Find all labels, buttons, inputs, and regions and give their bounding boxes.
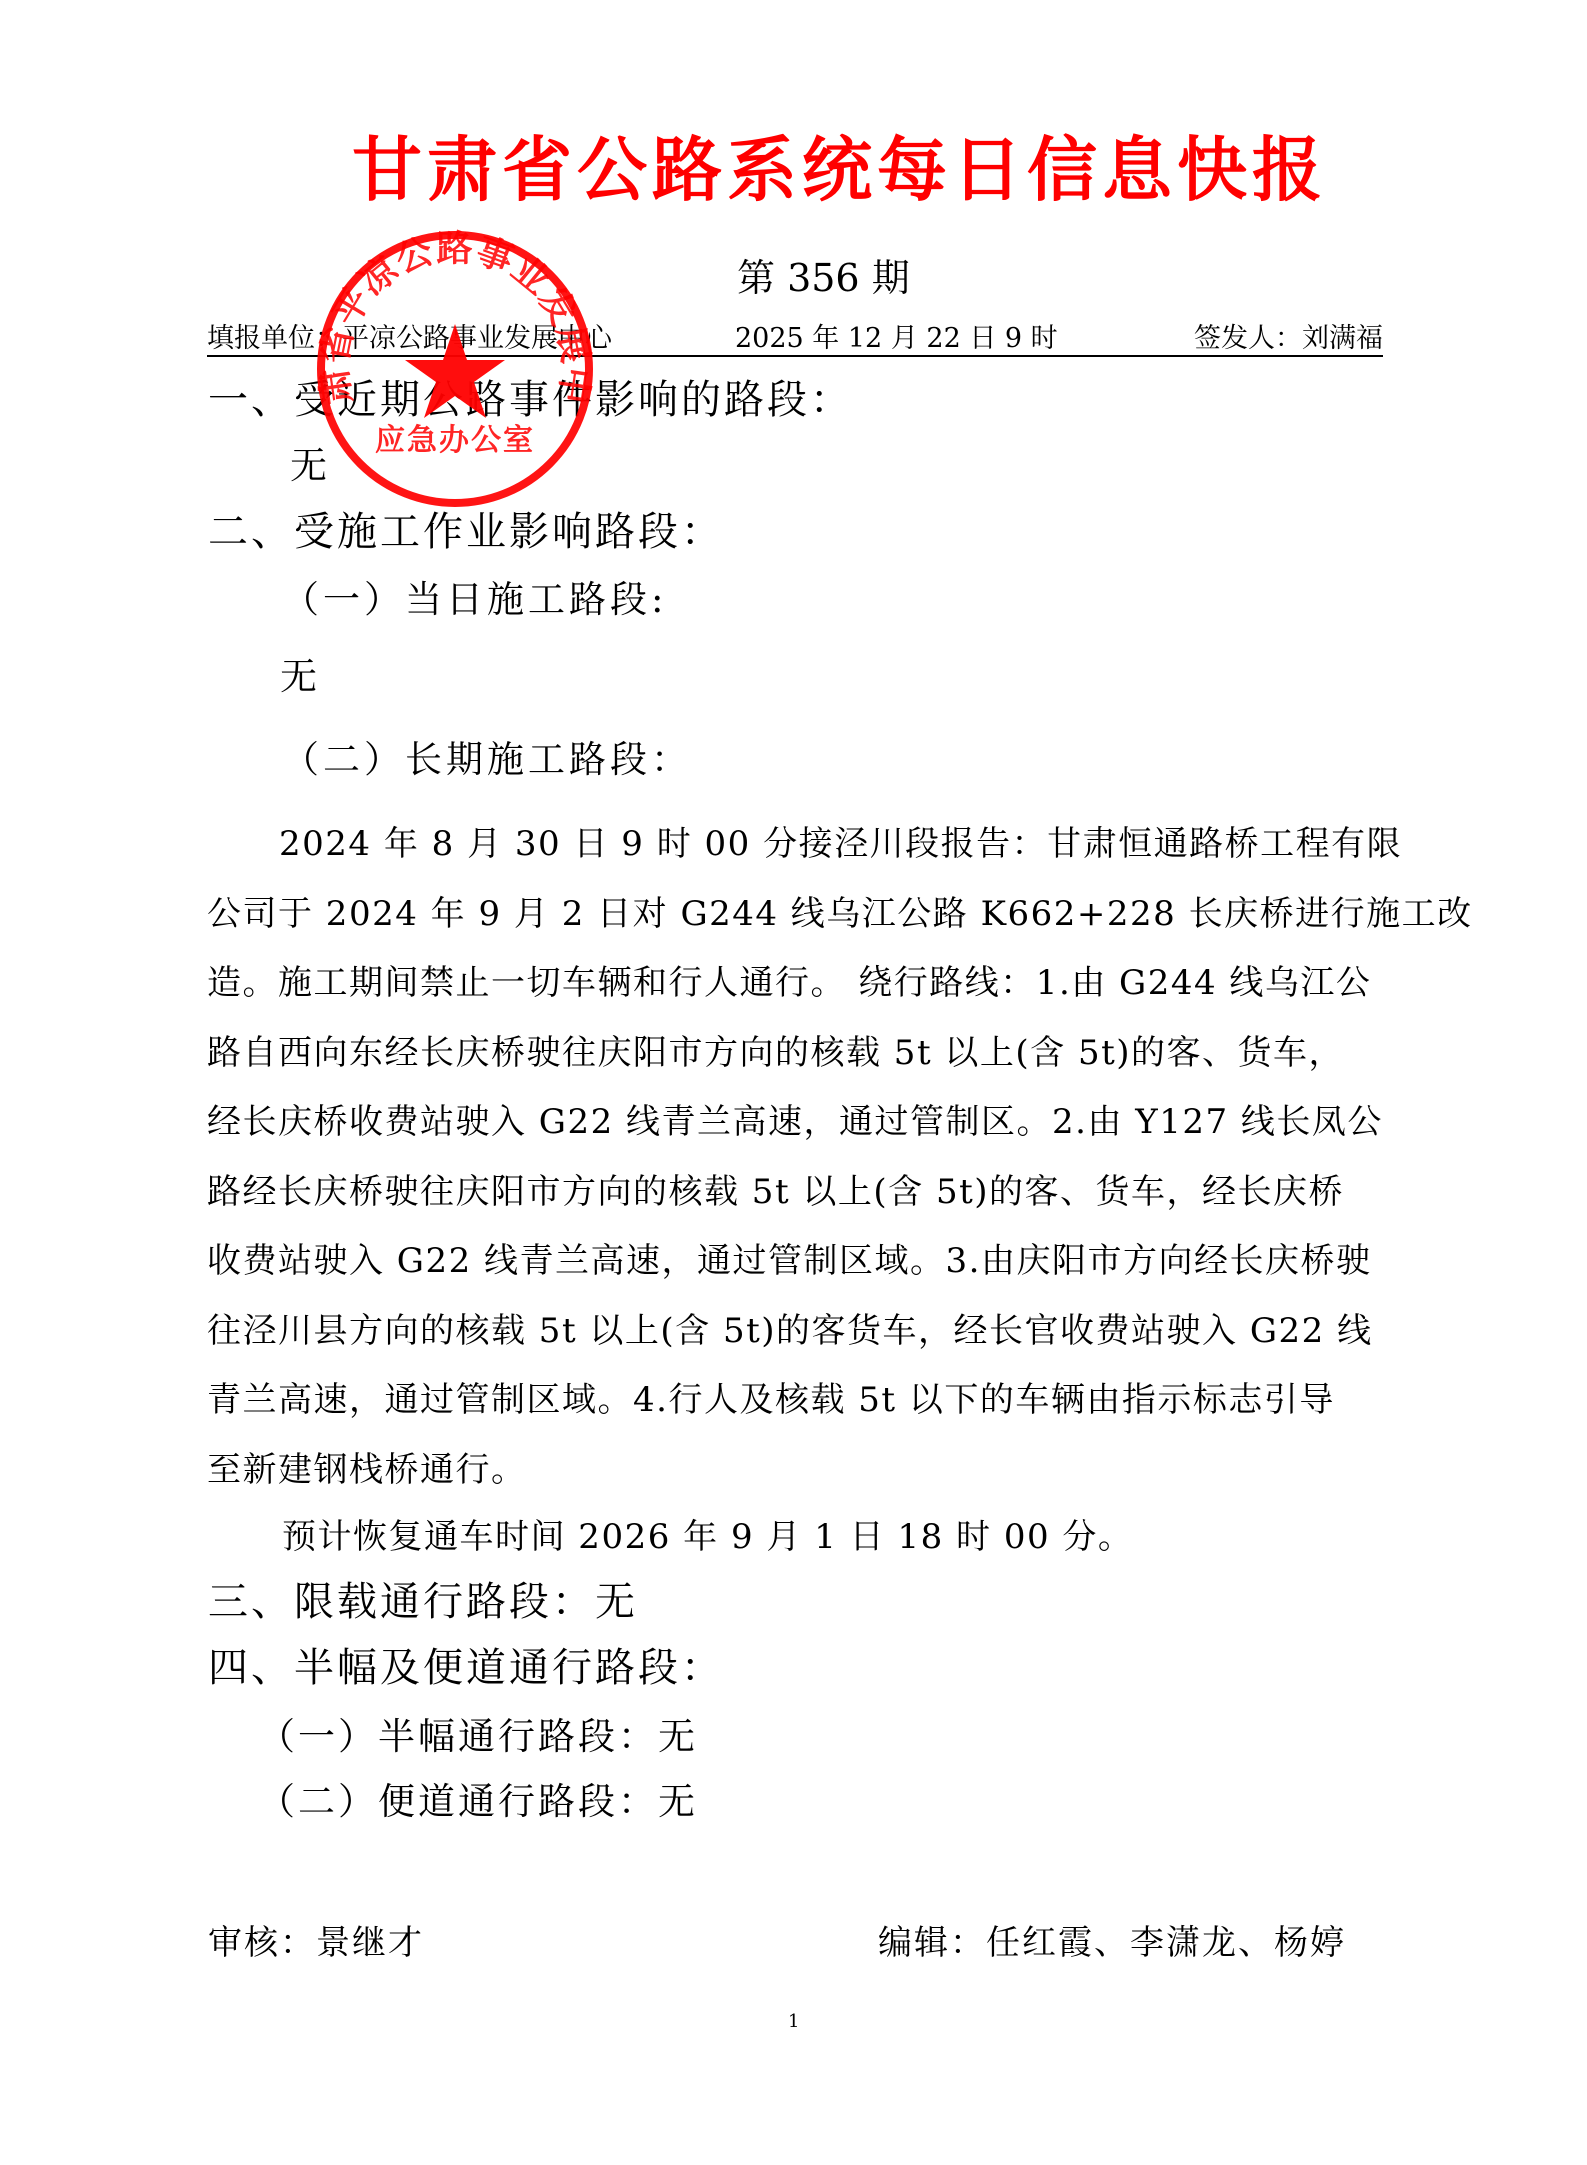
paragraph-line: 路自西向东经长庆桥驶往庆阳市方向的核载 5t 以上(含 5t)的客、货车， — [207, 1019, 1383, 1089]
report-info-row: 填报单位：平凉公路事业发展中心 2025 年 12 月 22 日 9 时 签发人… — [207, 322, 1383, 357]
section-2-sub1-heading: （一）当日施工路段: — [282, 578, 667, 622]
paragraph-line: 至新建钢栈桥通行。 — [207, 1436, 1383, 1506]
editors: 编辑：任红霞、李潇龙、杨婷 — [878, 1923, 1346, 1963]
reporting-unit: 填报单位：平凉公路事业发展中心 — [207, 322, 612, 355]
paragraph-line: 2024 年 8 月 30 日 9 时 00 分接泾川段报告：甘肃恒通路桥工程有… — [207, 810, 1383, 880]
reviewer: 审核：景继才 — [208, 1923, 424, 1963]
section-2-sub2-heading: （二）长期施工路段： — [282, 738, 692, 782]
paragraph-line: 路经长庆桥驶往庆阳市方向的核载 5t 以上(含 5t)的客、货车，经长庆桥 — [207, 1158, 1383, 1228]
issue-number: 第 356 期 — [737, 256, 910, 300]
seal-bottom-text: 应急办公室 — [375, 423, 535, 458]
issuer: 签发人：刘满福 — [1194, 322, 1383, 355]
section-2-sub1-content: 无 — [280, 655, 317, 699]
paragraph-line: 经长庆桥收费站驶入 G22 线青兰高速，通过管制区。2.由 Y127 线长凤公 — [207, 1088, 1383, 1158]
section-1-heading: 一、受近期公路事件影响的路段： — [208, 377, 853, 423]
paragraph-line: 往泾川县方向的核载 5t 以上(含 5t)的客货车，经长官收费站驶入 G22 线 — [207, 1297, 1383, 1367]
section-4-heading: 四、半幅及便道通行路段： — [208, 1645, 724, 1691]
section-4-sub2: （二）便道通行路段：无 — [258, 1780, 698, 1824]
paragraph-line: 收费站驶入 G22 线青兰高速，通过管制区域。3.由庆阳市方向经长庆桥驶 — [207, 1227, 1383, 1297]
long-term-construction-paragraph: 2024 年 8 月 30 日 9 时 00 分接泾川段报告：甘肃恒通路桥工程有… — [207, 810, 1383, 1505]
official-seal-icon: 甘肃省平凉公路事业发展中心 应急办公室 — [314, 228, 596, 510]
section-2-heading: 二、受施工作业影响路段： — [208, 509, 724, 555]
paragraph-line: 青兰高速，通过管制区域。4.行人及核载 5t 以下的车辆由指示标志引导 — [207, 1366, 1383, 1436]
paragraph-line: 造。施工期间禁止一切车辆和行人通行。 绕行路线：1.由 G244 线乌江公 — [207, 949, 1383, 1019]
expected-restore-time: 预计恢复通车时间 2026 年 9 月 1 日 18 时 00 分。 — [282, 1515, 1133, 1559]
section-1-content: 无 — [290, 444, 327, 488]
page-number: 1 — [788, 2010, 799, 2034]
paragraph-line: 公司于 2024 年 9 月 2 日对 G244 线乌江公路 K662+228 … — [207, 880, 1383, 950]
section-3-heading: 三、限载通行路段：无 — [208, 1579, 638, 1625]
report-datetime: 2025 年 12 月 22 日 9 时 — [735, 322, 1058, 355]
section-4-sub1: （一）半幅通行路段：无 — [258, 1715, 698, 1759]
bulletin-title: 甘肃省公路系统每日信息快报 — [352, 128, 1252, 212]
